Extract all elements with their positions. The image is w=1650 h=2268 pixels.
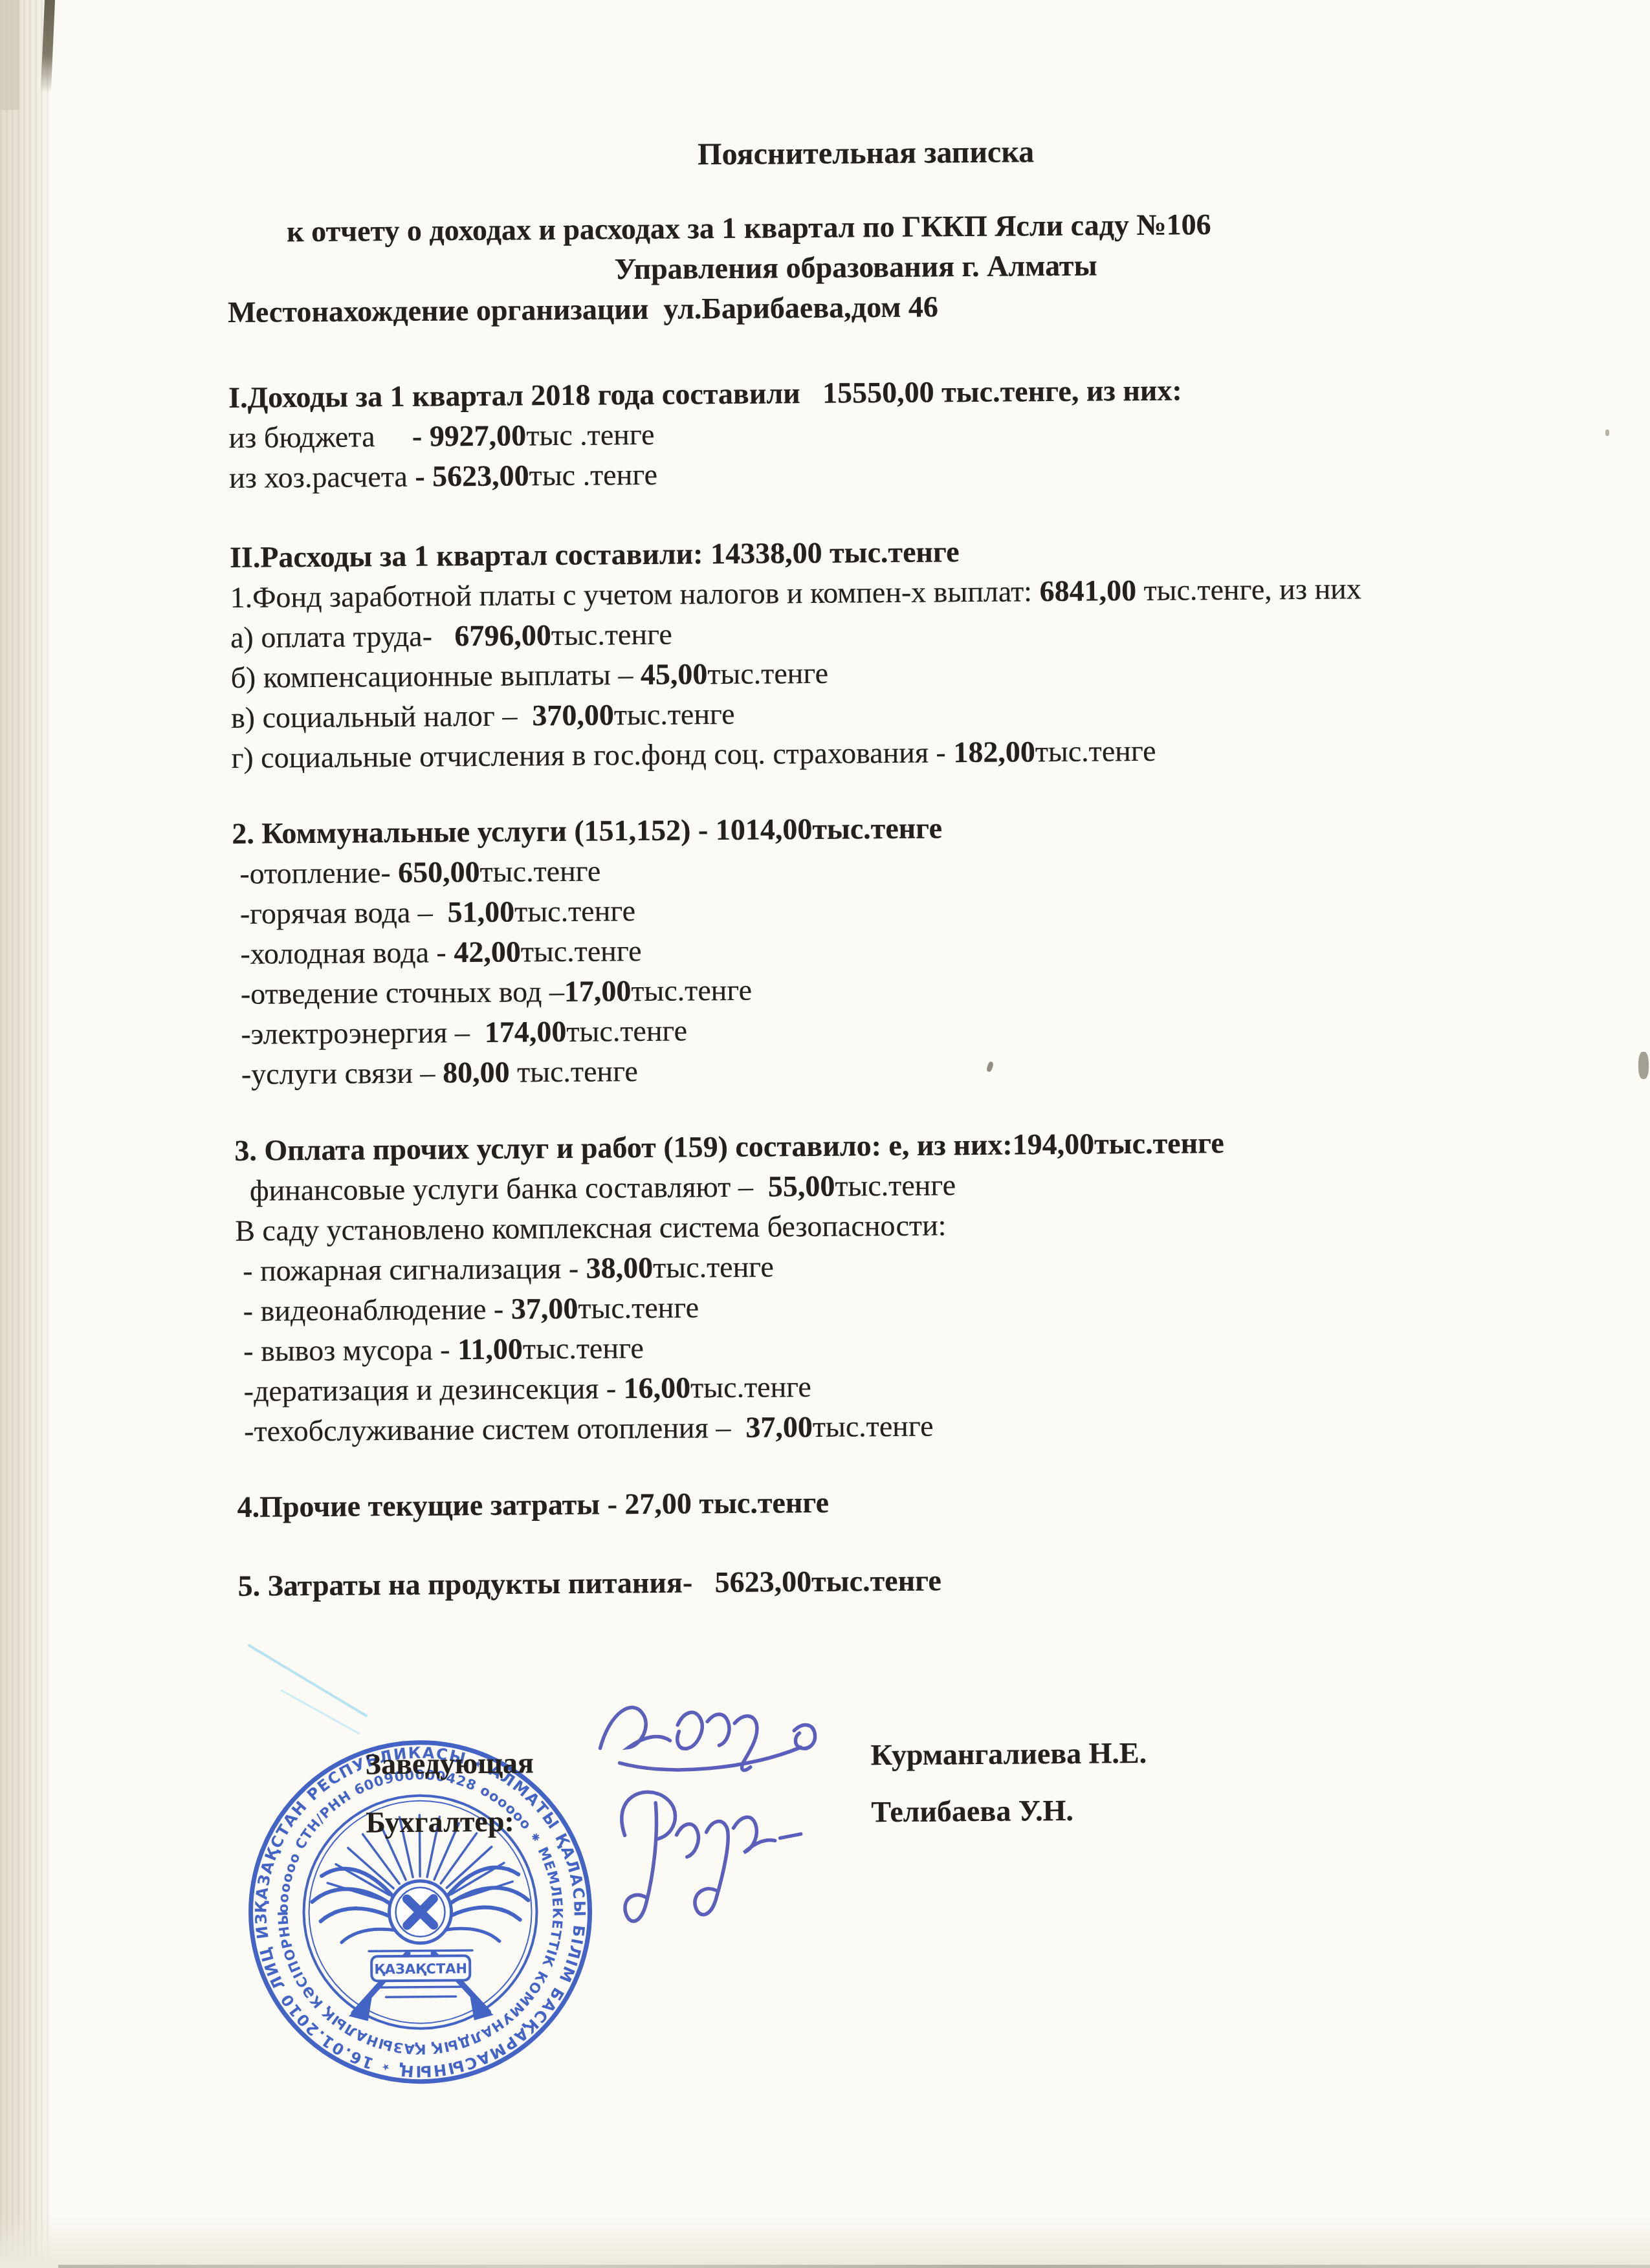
food-expenses-heading: 5. Затраты на продукты питания- 5623,00т…: [237, 1556, 1583, 1606]
utilities-section: 2. Коммунальные услуги (151,152) - 1014,…: [232, 803, 1579, 1095]
payroll-item-amount: 6796,00: [454, 618, 551, 652]
director-name: Курмангалиева Н.Е.: [870, 1736, 1147, 1772]
utilities-item-amount: 17,00: [564, 974, 632, 1008]
bank-fees-unit: тыс.тенге: [835, 1168, 956, 1202]
security-item-label: -дератизация и дезинсекция -: [236, 1371, 624, 1408]
security-item-unit: тыс.тенге: [690, 1370, 811, 1404]
security-item-label: - видеонаблюдение -: [236, 1292, 511, 1327]
security-item-amount: 11,00: [457, 1332, 523, 1366]
doc-title: Пояснительная записка: [226, 128, 1572, 179]
income-selfpay-label: из хоз.расчета: [229, 460, 415, 494]
utilities-item-amount: 174,00: [485, 1015, 567, 1049]
director-title: Заведующая: [366, 1745, 534, 1781]
expenses-section: II.Расходы за 1 квартал составили: 14338…: [230, 527, 1578, 778]
utilities-item-label: -горячая вода –: [232, 895, 448, 930]
utilities-item-label: -услуги связи –: [234, 1056, 443, 1091]
payroll-item-unit: тыс.тенге: [707, 657, 828, 690]
utilities-item-unit: тыс.тенге: [566, 1014, 687, 1047]
utilities-item-amount: 80,00: [443, 1056, 510, 1089]
security-item-unit: тыс.тенге: [813, 1409, 934, 1443]
security-item-amount: 38,00: [586, 1251, 653, 1285]
payroll-item-unit: тыс.тенге: [551, 618, 672, 651]
payroll-intro-amount: 6841,00: [1039, 574, 1136, 607]
payroll-item-amount: 182,00: [953, 735, 1035, 769]
accountant-title: Бухгалтер:: [366, 1804, 514, 1840]
utilities-item-label: -холодная вода -: [233, 935, 454, 970]
utilities-item-unit: тыс.тенге: [631, 974, 752, 1007]
doc-header: к отчету о доходах и расходах за 1 кварт…: [227, 202, 1574, 333]
security-item-unit: тыс.тенге: [523, 1331, 644, 1365]
payroll-item-unit: тыс.тенге: [1035, 734, 1156, 768]
security-item-amount: 37,00: [511, 1292, 578, 1325]
security-item-unit: тыс.тенге: [653, 1250, 774, 1283]
bank-fees-label: финансовые услуги банка составляют –: [235, 1170, 768, 1206]
security-item-unit: тыс.тенге: [578, 1291, 699, 1324]
income-selfpay-unit: тыс .тенге: [529, 458, 657, 492]
utilities-item-amount: 42,00: [454, 935, 521, 968]
food-expenses-section: 5. Затраты на продукты питания- 5623,00т…: [237, 1556, 1583, 1606]
income-budget-amount: - 9927,00: [412, 419, 527, 452]
security-item-amount: 37,00: [745, 1410, 813, 1444]
security-item-amount: 16,00: [623, 1371, 690, 1404]
utilities-item-amount: 650,00: [398, 855, 480, 889]
security-item-label: -техобслуживание систем отопления –: [236, 1411, 745, 1448]
payroll-item-label: а) оплата труда-: [230, 619, 455, 654]
bank-fees-amount: 55,00: [768, 1170, 835, 1203]
payroll-item-amount: 370,00: [532, 698, 614, 732]
utilities-item-label: -отведение сточных вод –: [233, 975, 564, 1010]
utilities-item-label: -отопление-: [232, 856, 399, 890]
utilities-item-unit: тыс.тенге: [509, 1054, 638, 1089]
security-item-label: - вывоз мусора -: [236, 1333, 458, 1368]
payroll-intro-unit: тыс.тенге, из них: [1136, 572, 1361, 607]
income-budget-label: из бюджета: [228, 420, 412, 454]
payroll-item-unit: тыс.тенге: [614, 697, 735, 731]
income-section: I.Доходы за 1 квартал 2018 года составил…: [228, 367, 1575, 498]
security-item-label: - пожарная сигнализация -: [236, 1252, 586, 1287]
utilities-item-label: -электроэнергия –: [234, 1016, 485, 1051]
accountant-name: Телибаева У.Н.: [871, 1793, 1073, 1829]
income-selfpay-amount: - 5623,00: [415, 459, 529, 492]
payroll-item-label: г) социальные отчисления в гос.фонд соц.…: [231, 736, 953, 774]
payroll-item-label: б) компенсационные выплаты –: [230, 658, 641, 694]
utilities-item-unit: тыс.тенге: [521, 934, 642, 968]
misc-expenses-heading: 4.Прочие текущие затраты - 27,00 тыс.тен…: [237, 1477, 1583, 1527]
payroll-item-amount: 45,00: [641, 657, 708, 691]
accountant-signature: [586, 1775, 865, 1952]
payroll-intro-label: 1.Фонд заработной платы с учетом налогов…: [230, 574, 1039, 614]
utilities-item-amount: 51,00: [448, 895, 515, 929]
other-services-section: 3. Оплата прочих услуг и работ (159) сос…: [234, 1120, 1583, 1452]
income-budget-unit: тыс .тенге: [526, 418, 655, 452]
document-body: Пояснительная записка к отчету о доходах…: [226, 128, 1584, 1606]
misc-expenses-section: 4.Прочие текущие затраты - 27,00 тыс.тен…: [237, 1477, 1583, 1527]
utilities-item-unit: тыс.тенге: [479, 854, 600, 888]
document-page: Пояснительная записка к отчету о доходах…: [0, 0, 1650, 2268]
utilities-item-unit: тыс.тенге: [514, 894, 635, 928]
payroll-item-label: в) социальный налог –: [231, 699, 533, 734]
stamp-center-text: ҚАЗАҚСТАН: [374, 1961, 467, 1977]
official-stamp: ҚАЗАҚСТАН ҚАЗАҚСТАН РЕСПУБЛИКАСЫ ⋆ АЛМАТ…: [243, 1735, 597, 2089]
